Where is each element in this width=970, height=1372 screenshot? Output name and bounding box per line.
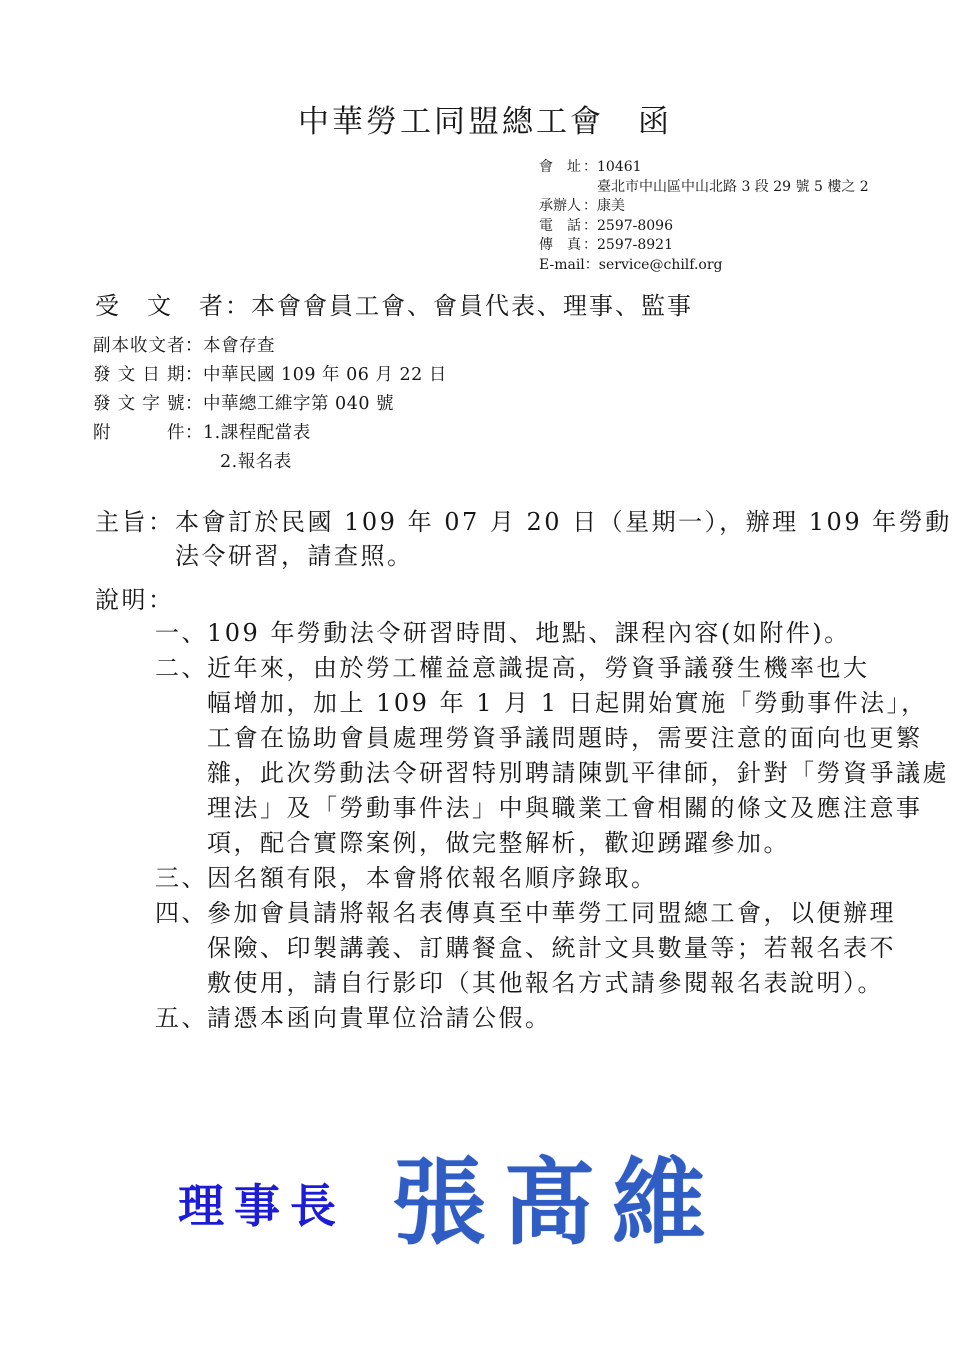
explanation-section: 說明： 一、 109 年勞動法令研習時間、地點、課程內容(如附件)。 二、 近年…: [95, 584, 930, 1036]
attachments-label: 附件: [93, 419, 185, 477]
item-text: 因名額有限，本會將依報名順序錄取。: [207, 861, 658, 896]
subject-label-text: 主旨: [95, 508, 148, 536]
colon: ：: [583, 217, 597, 237]
item-marker: 一、: [155, 616, 207, 651]
explanation-label: 說明：: [95, 584, 930, 616]
explanation-item-4: 四、 參加會員請將報名表傳真至中華勞工同盟總工會，以便辦理 保險、印製講義、訂購…: [155, 896, 930, 1001]
letter-page: 中華勞工同盟總工會 函 會 址：10461 臺北市中山區中山北路 3 段 29 …: [0, 0, 970, 1372]
item-line: 請憑本函向貴單位洽請公假。: [207, 1001, 552, 1036]
issue-date-row: 發文日期：中華民國 109 年 06 月 22 日: [93, 361, 447, 390]
item-marker: 五、: [155, 1001, 207, 1036]
explanation-item-3: 三、 因名額有限，本會將依報名順序錄取。: [155, 861, 930, 896]
item-line: 近年來，由於勞工權益意識提高，勞資爭議發生機率也大: [207, 651, 949, 686]
item-line: 項，配合實際案例，做完整解析，歡迎踴躍參加。: [207, 826, 949, 861]
item-line: 幅增加，加上 109 年 1 月 1 日起開始實施「勞動事件法」，: [207, 686, 949, 721]
item-line: 109 年勞動法令研習時間、地點、課程內容(如附件)。: [207, 616, 851, 651]
ref-number-value: 中華總工維字第 040 號: [203, 390, 394, 419]
contact-fax-row: 傳 真：2597-8921: [539, 236, 869, 256]
explanation-item-2: 二、 近年來，由於勞工權益意識提高，勞資爭議發生機率也大 幅增加，加上 109 …: [155, 651, 930, 861]
item-text: 109 年勞動法令研習時間、地點、課程內容(如附件)。: [207, 616, 851, 651]
contact-fax-number: 2597-8921: [597, 236, 673, 256]
colon: ：: [583, 236, 597, 256]
attachment-item: 1.課程配當表: [203, 419, 311, 448]
item-marker: 二、: [155, 651, 207, 861]
item-text: 參加會員請將報名表傳真至中華勞工同盟總工會，以便辦理 保險、印製講義、訂購餐盒、…: [207, 896, 896, 1001]
contact-email-address: service@chilf.org: [599, 256, 723, 276]
attachments-list: 1.課程配當表 2.報名表: [203, 419, 311, 477]
item-line: 工會在協助會員處理勞資爭議問題時，需要注意的面向也更繁: [207, 721, 949, 756]
colon: ：: [148, 586, 175, 614]
contact-address-row: 會 址：10461: [539, 158, 869, 178]
colon: ：: [225, 286, 251, 321]
colon: ：: [148, 508, 175, 536]
attachment-item: 2.報名表: [203, 448, 311, 477]
colon: ：: [583, 158, 597, 178]
meta-block: 副本收文者：本會存查 發文日期：中華民國 109 年 06 月 22 日 發文字…: [93, 332, 447, 477]
colon: ：: [185, 361, 203, 390]
contact-email-label: E-mail: [539, 256, 585, 276]
contact-phone-label: 電 話: [539, 217, 583, 237]
subject-label: 主旨：: [95, 505, 175, 573]
cc-value: 本會存查: [203, 332, 275, 361]
contact-info-block: 會 址：10461 臺北市中山區中山北路 3 段 29 號 5 樓之 2 承辦人…: [539, 158, 869, 275]
recipient-line: 受 文 者：本會會員工會、會員代表、理事、監事: [95, 286, 693, 321]
explanation-item-1: 一、 109 年勞動法令研習時間、地點、課程內容(如附件)。: [155, 616, 930, 651]
cc-row: 副本收文者：本會存查: [93, 332, 447, 361]
attachments-row: 附件： 1.課程配當表 2.報名表: [93, 419, 447, 477]
subject-lines: 本會訂於民國 109 年 07 月 20 日（星期一），辦理 109 年勞動 法…: [175, 505, 952, 573]
item-marker: 四、: [155, 896, 207, 1001]
explanation-item-5: 五、 請憑本函向貴單位洽請公假。: [155, 1001, 930, 1036]
contact-email-row: E-mail：service@chilf.org: [539, 256, 869, 276]
item-line: 雜，此次勞動法令研習特別聘請陳凱平律師，針對「勞資爭議處: [207, 756, 949, 791]
contact-fax-label: 傳 真: [539, 236, 583, 256]
contact-person-row: 承辦人：康美: [539, 197, 869, 217]
item-text: 請憑本函向貴單位洽請公假。: [207, 1001, 552, 1036]
signature-block: 理事長 張髙維: [178, 1136, 722, 1270]
colon: ：: [185, 419, 203, 477]
item-line: 因名額有限，本會將依報名順序錄取。: [207, 861, 658, 896]
colon: ：: [583, 197, 597, 217]
colon: ：: [585, 256, 599, 276]
ref-number-row: 發文字號：中華總工維字第 040 號: [93, 390, 447, 419]
contact-person-name: 康美: [597, 197, 625, 217]
contact-address-detail: 臺北市中山區中山北路 3 段 29 號 5 樓之 2: [597, 178, 869, 198]
contact-address-label: 會 址: [539, 158, 583, 178]
cc-label: 副本收文者: [93, 332, 185, 361]
contact-address-code: 10461: [597, 158, 642, 178]
contact-phone-number: 2597-8096: [597, 217, 673, 237]
signature-title: 理事長: [178, 1170, 346, 1236]
subject-section: 主旨： 本會訂於民國 109 年 07 月 20 日（星期一），辦理 109 年…: [95, 505, 952, 573]
subject-line: 本會訂於民國 109 年 07 月 20 日（星期一），辦理 109 年勞動: [175, 505, 952, 539]
contact-person-label: 承辦人: [539, 197, 583, 217]
recipient-label: 受 文 者: [95, 286, 225, 321]
ref-number-label: 發文字號: [93, 390, 185, 419]
item-line: 保險、印製講義、訂購餐盒、統計文具數量等；若報名表不: [207, 931, 896, 966]
item-line: 參加會員請將報名表傳真至中華勞工同盟總工會，以便辦理: [207, 896, 896, 931]
explanation-items: 一、 109 年勞動法令研習時間、地點、課程內容(如附件)。 二、 近年來，由於…: [155, 616, 930, 1036]
issue-date-label: 發文日期: [93, 361, 185, 390]
item-line: 理法」及「勞動事件法」中與職業工會相關的條文及應注意事: [207, 791, 949, 826]
item-marker: 三、: [155, 861, 207, 896]
colon: ：: [185, 390, 203, 419]
contact-phone-row: 電 話：2597-8096: [539, 217, 869, 237]
item-text: 近年來，由於勞工權益意識提高，勞資爭議發生機率也大 幅增加，加上 109 年 1…: [207, 651, 949, 861]
recipient-value: 本會會員工會、會員代表、理事、監事: [251, 286, 693, 321]
explanation-label-text: 說明: [95, 586, 148, 614]
president-name-stamp: 張髙維: [392, 1156, 722, 1250]
colon: ：: [185, 332, 203, 361]
item-line: 敷使用，請自行影印（其他報名方式請參閱報名表說明）。: [207, 966, 896, 1001]
issue-date-value: 中華民國 109 年 06 月 22 日: [203, 361, 447, 390]
subject-line: 法令研習，請查照。: [175, 539, 952, 573]
organization-title: 中華勞工同盟總工會 函: [0, 96, 970, 141]
